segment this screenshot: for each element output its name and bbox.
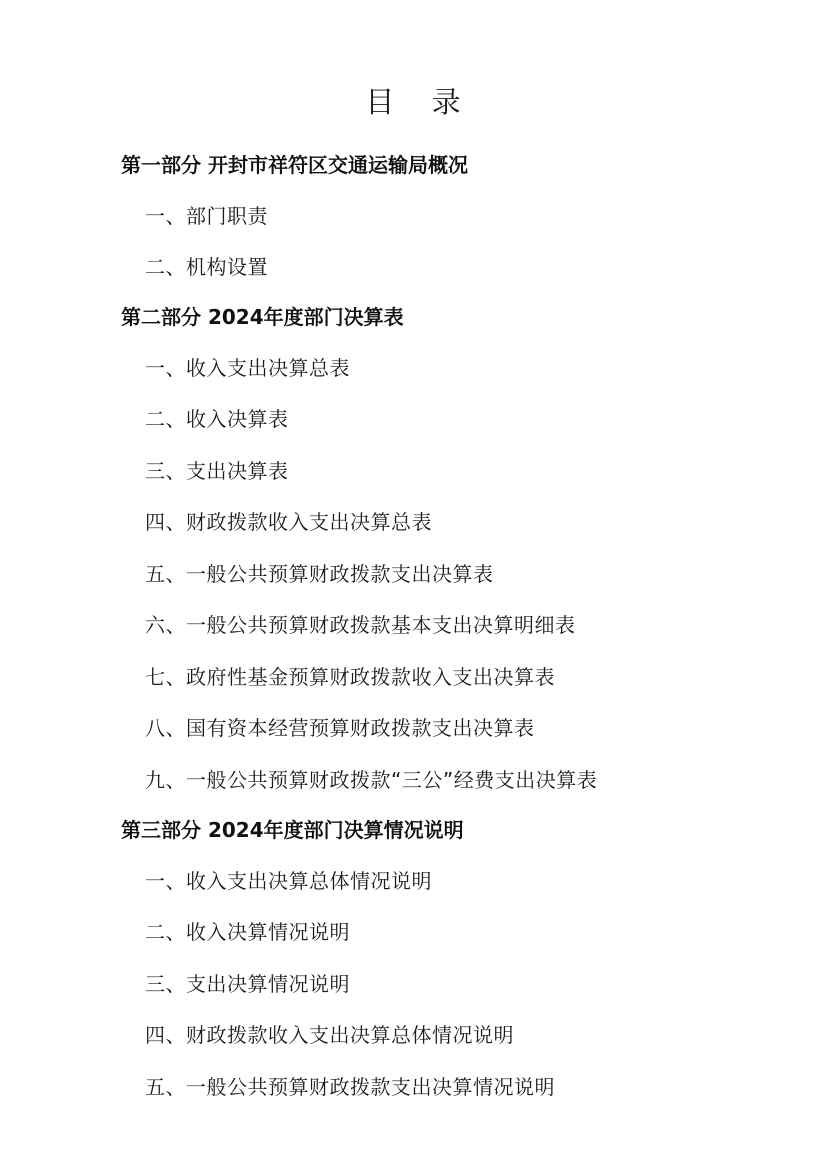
toc-item: 五、一般公共预算财政拨款支出决算表 xyxy=(145,559,494,589)
toc-item: 一、收入支出决算总体情况说明 xyxy=(145,866,432,896)
toc-item: 六、一般公共预算财政拨款基本支出决算明细表 xyxy=(145,610,576,640)
part-2-heading: 第二部分 2024年度部门决算表 xyxy=(121,302,404,332)
toc-title: 目 录 xyxy=(0,82,826,122)
toc-item: 三、支出决算情况说明 xyxy=(145,969,350,999)
document-page: 目 录 第一部分 开封市祥符区交通运输局概况 一、部门职责 二、机构设置 第二部… xyxy=(0,0,826,1169)
part-1-heading: 第一部分 开封市祥符区交通运输局概况 xyxy=(121,150,468,180)
toc-item: 一、部门职责 xyxy=(145,201,268,231)
toc-item: 七、政府性基金预算财政拨款收入支出决算表 xyxy=(145,662,555,692)
toc-item: 三、支出决算表 xyxy=(145,456,289,486)
toc-item: 八、国有资本经营预算财政拨款支出决算表 xyxy=(145,713,535,743)
part-3-heading: 第三部分 2024年度部门决算情况说明 xyxy=(121,815,464,845)
toc-item: 二、收入决算情况说明 xyxy=(145,917,350,947)
toc-item: 一、收入支出决算总表 xyxy=(145,353,350,383)
toc-item: 二、机构设置 xyxy=(145,252,268,282)
toc-item: 四、财政拨款收入支出决算总体情况说明 xyxy=(145,1020,514,1050)
toc-item: 二、收入决算表 xyxy=(145,404,289,434)
toc-item: 四、财政拨款收入支出决算总表 xyxy=(145,507,432,537)
toc-item: 九、一般公共预算财政拨款“三公”经费支出决算表 xyxy=(145,765,597,795)
toc-item: 五、一般公共预算财政拨款支出决算情况说明 xyxy=(145,1072,555,1102)
